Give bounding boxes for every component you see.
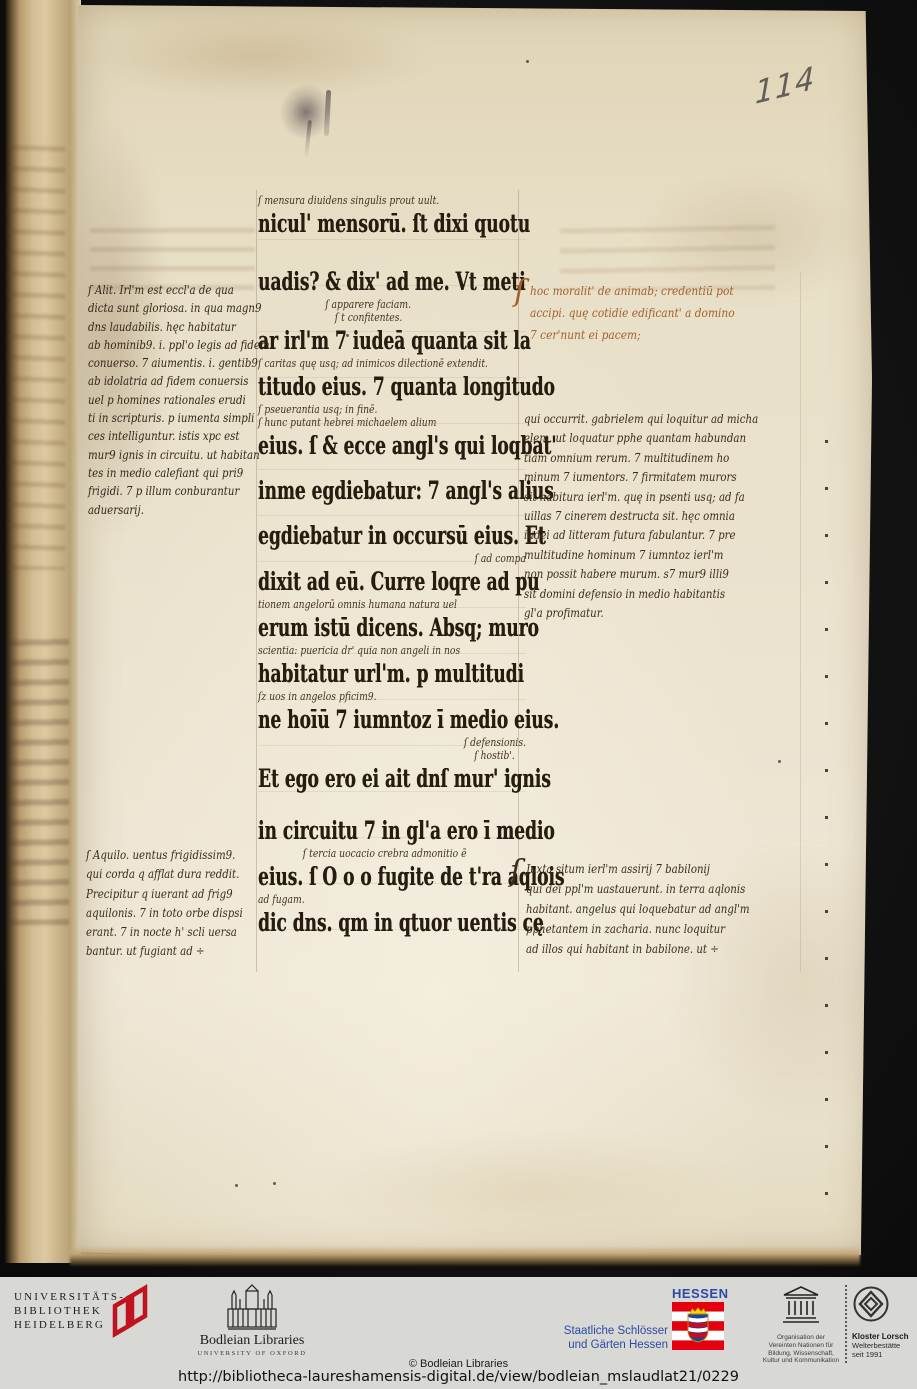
unesco-caption-line: Bildung, Wissenschaft, <box>756 1350 846 1358</box>
unesco-caption: Organisation derVereinten Nationen fürBi… <box>756 1334 846 1365</box>
unesco-block: Organisation derVereinten Nationen fürBi… <box>756 1285 846 1365</box>
gloss-line: minum 7 iumentors. 7 firmitatem murors <box>524 468 758 487</box>
manuscript-text-line: ſ hostib'. <box>312 749 526 762</box>
gloss-line: ſ Aquilo. uentus frigidissim9. <box>86 846 243 865</box>
gloss-line: Precipitur q iuerant ad frig9 <box>86 885 243 904</box>
gloss-line: ab idolatria ad fidem conuersis <box>88 372 270 390</box>
source-url: http://bibliotheca-laureshamensis-digita… <box>0 1369 917 1385</box>
manuscript-text-line: scientia: puericia dr' quia non angeli i… <box>258 644 472 657</box>
gloss-line: uel p homines rationales erudi <box>88 391 270 409</box>
gloss-line: ces intelliguntur. istis xpc est <box>88 427 270 445</box>
gloss-line: sit domini defensio in medio habitantis <box>524 585 758 604</box>
bodleian-libraries-block: Bodleian Libraries UNIVERSITY OF OXFORD <box>192 1283 312 1357</box>
left-margin-gloss: ſ Alit. Irl'm est eccl'a de quadicta sun… <box>88 281 270 519</box>
photo-backdrop: 114 ſ mensura diuidens singulis prout uu… <box>0 0 917 1277</box>
manuscript-text-line: ſ caritas quę usq; ad inimicos dilection… <box>258 357 472 370</box>
parchment-stain <box>318 1132 738 1252</box>
manuscript-text-line: dic dns. qm in qtuor uentis cę <box>258 907 440 939</box>
gloss-line: non possit habere murum. s7 mur9 illi9 <box>524 565 758 584</box>
paragraph-mark-red: ſ <box>514 274 525 309</box>
gloss-line: qui corda q afflat dura reddit. <box>86 865 243 884</box>
parchment-stain <box>88 16 428 96</box>
manuscript-page: 114 ſ mensura diuidens singulis prout uu… <box>78 2 872 1260</box>
lorsch-caption: Welterbestätte <box>852 1341 910 1350</box>
hessen-wordmark: HESSEN <box>672 1286 724 1301</box>
gloss-line: aquilonis. 7 in toto orbe dispsi <box>86 904 243 923</box>
hessen-caption-line: und Gärten Hessen <box>540 1338 668 1352</box>
gloss-line: tes in medio calefiant qui pri9 <box>88 464 270 482</box>
manuscript-text-line: ad fugam. <box>258 893 472 906</box>
gloss-line: ab hominib9. i. ppl'o legis ad fidem <box>88 336 270 354</box>
ink-speck <box>235 1184 238 1187</box>
gloss-line: ti in scripturis. p iumenta simpli <box>88 409 270 427</box>
ink-speck <box>526 60 529 63</box>
gloss-line: erant. 7 in nocte h' scli uersa <box>86 923 243 942</box>
footer-bar: UNIVERSITÄTS- BIBLIOTHEK HEIDELBERG Bodl… <box>0 1277 917 1389</box>
gloss-line: bantur. ut fugiant ad ÷ <box>86 942 243 961</box>
manuscript-text-line: dixit ad eū. Curre loqre ad pu <box>258 566 440 598</box>
manuscript-text-line: ſ ad compa <box>312 552 526 565</box>
lorsch-caption: seit 1991 <box>852 1350 910 1359</box>
unesco-caption-line: Organisation der <box>756 1334 846 1342</box>
kloster-lorsch-block: Kloster Lorsch Welterbestätte seit 1991 <box>852 1285 910 1359</box>
ruling-line <box>800 272 801 972</box>
manuscript-text-line: ſ tercia uocacio crebra admonitio ē <box>258 847 472 860</box>
right-margin-gloss: qui occurrit. gabrielem qui loquitur ad … <box>524 410 758 623</box>
manuscript-text-line: eius. ſ & ecce angl's qui loqbat' <box>258 430 440 462</box>
bodleian-building-icon <box>225 1283 279 1331</box>
unesco-caption-line: Kultur und Kommunikation <box>756 1357 846 1365</box>
manuscript-text-line: egdiebatur in occursū eius. Et <box>258 520 440 552</box>
gloss-line: gl'a profimatur. <box>524 604 758 623</box>
ink-speck <box>778 760 781 763</box>
page-stack-edge <box>70 1246 860 1266</box>
gloss-line: aduersarij. <box>88 501 270 519</box>
right-margin-gloss-red: hoc moralit' de animab; credentiū potacc… <box>530 280 735 346</box>
manuscript-text-line: ſ mensura diuidens singulis prout uult. <box>258 194 472 207</box>
gloss-line: uillas 7 cinerem destructa sit. hęc omni… <box>524 507 758 526</box>
manuscript-text-line: tionem angelorū omnis humana natura uel <box>258 598 472 611</box>
gloss-line: accipi. quę cotidie edificant' a domino <box>530 302 735 324</box>
main-text-column: ſ mensura diuidens singulis prout uult.n… <box>258 194 526 939</box>
gloss-line: mur9 ignis in circuitu. ut habitan <box>88 446 270 464</box>
lorsch-name: Kloster Lorsch <box>852 1332 910 1341</box>
gloss-line: 7 cer'nunt ei pacem; <box>530 324 735 346</box>
unesco-caption-line: Vereinten Nationen für <box>756 1342 846 1350</box>
manuscript-text-line: inme egdiebatur: 7 angl's alius <box>258 475 440 507</box>
heidelberg-logo-icon <box>106 1284 154 1342</box>
left-bottom-gloss: ſ Aquilo. uentus frigidissim9.qui corda … <box>86 846 243 962</box>
gloss-line: dicta sunt gloriosa. in qua magn9 <box>88 299 270 317</box>
pricking-holes <box>825 440 828 1196</box>
manuscript-text-line: ſ t confitentes. <box>258 311 472 324</box>
unesco-temple-icon <box>778 1285 824 1325</box>
manuscript-text-line: erum istū dicens. Absq; muro <box>258 612 440 644</box>
manuscript-text-line: eius. ſ O o o fugite de t'ra aqlois <box>258 861 440 893</box>
bodleian-subtitle: UNIVERSITY OF OXFORD <box>192 1350 312 1357</box>
gloss-line: frigidi. 7 p illum conburantur <box>88 482 270 500</box>
gloss-line: qui dei ppl'm uastauerunt. in terra aqlo… <box>526 879 750 899</box>
gloss-line: tiam omnium rerum. 7 multitudinem ho <box>524 449 758 468</box>
show-through-text-left-upper <box>7 140 65 570</box>
folio-number: 114 <box>755 60 815 112</box>
gloss-line: elem. ut loquatur pphe quantam habundan <box>524 429 758 448</box>
manuscript-text-line: titudo eius. 7 quanta longitudo <box>258 371 440 403</box>
bodleian-name: Bodleian Libraries <box>192 1333 312 1349</box>
manuscript-text-line: ſ hunc putant hebrei michaelem alium <box>258 416 472 429</box>
right-bottom-gloss: Juxta situm ierl'm assirij 7 babilonijqu… <box>526 859 750 959</box>
ink-speck <box>273 1182 276 1185</box>
gloss-line: hoc moralit' de animab; credentiū pot <box>530 280 735 302</box>
manuscript-gutter-fold <box>5 0 81 1263</box>
gloss-line: Juxta situm ierl'm assirij 7 babilonij <box>526 859 750 879</box>
gloss-line: conuerso. 7 aiumentis. i. gentib9 <box>88 354 270 372</box>
gloss-line: iudei ad litteram futura fabulantur. 7 p… <box>524 526 758 545</box>
manuscript-text-line: habitatur url'm. p multitudi <box>258 658 440 690</box>
manuscript-text-line: ſz uos in angelos pficim9. <box>258 690 472 703</box>
manuscript-text-line: ar irl'm 7 iudeā quanta sit la <box>258 325 440 357</box>
gloss-line: dns laudabilis. hęc habitatur <box>88 318 270 336</box>
show-through-text-left-lower <box>9 635 69 925</box>
gloss-line: ſ Alit. Irl'm est eccl'a de qua <box>88 281 270 299</box>
paragraph-mark: ſ <box>510 854 521 889</box>
gloss-line: pphetantem in zacharia. nunc loquitur <box>526 919 750 939</box>
dotted-separator <box>845 1285 847 1363</box>
gloss-line: multitudine hominum 7 iumntoz ierl'm <box>524 546 758 565</box>
manuscript-text-line: ne hoīū 7 iumntoz ī medio eius. <box>258 704 440 736</box>
gloss-line: ad illos qui habitant in babilone. ut ÷ <box>526 939 750 959</box>
gloss-line: sit habitura ierl'm. quę in psenti usq; … <box>524 488 758 507</box>
hessen-caption: Staatliche Schlösser und Gärten Hessen <box>540 1324 668 1352</box>
manuscript-text-line: in circuitu 7 in gl'a ero ī medio <box>258 815 440 847</box>
hessen-coat-of-arms-icon <box>672 1302 724 1350</box>
gloss-line: habitant. angelus qui loquebatur ad angl… <box>526 899 750 919</box>
gloss-line: qui occurrit. gabrielem qui loquitur ad … <box>524 410 758 429</box>
hessen-caption-line: Staatliche Schlösser <box>540 1324 668 1338</box>
manuscript-text-line: Et ego ero ei ait dnſ mur' ignis <box>258 763 440 795</box>
manuscript-text-line: nicul' mensorū. ſt dixi quotu <box>258 208 440 240</box>
manuscript-text-line: uadis? & dix' ad me. Vt meti <box>258 266 440 298</box>
kloster-lorsch-emblem-icon <box>852 1285 890 1323</box>
